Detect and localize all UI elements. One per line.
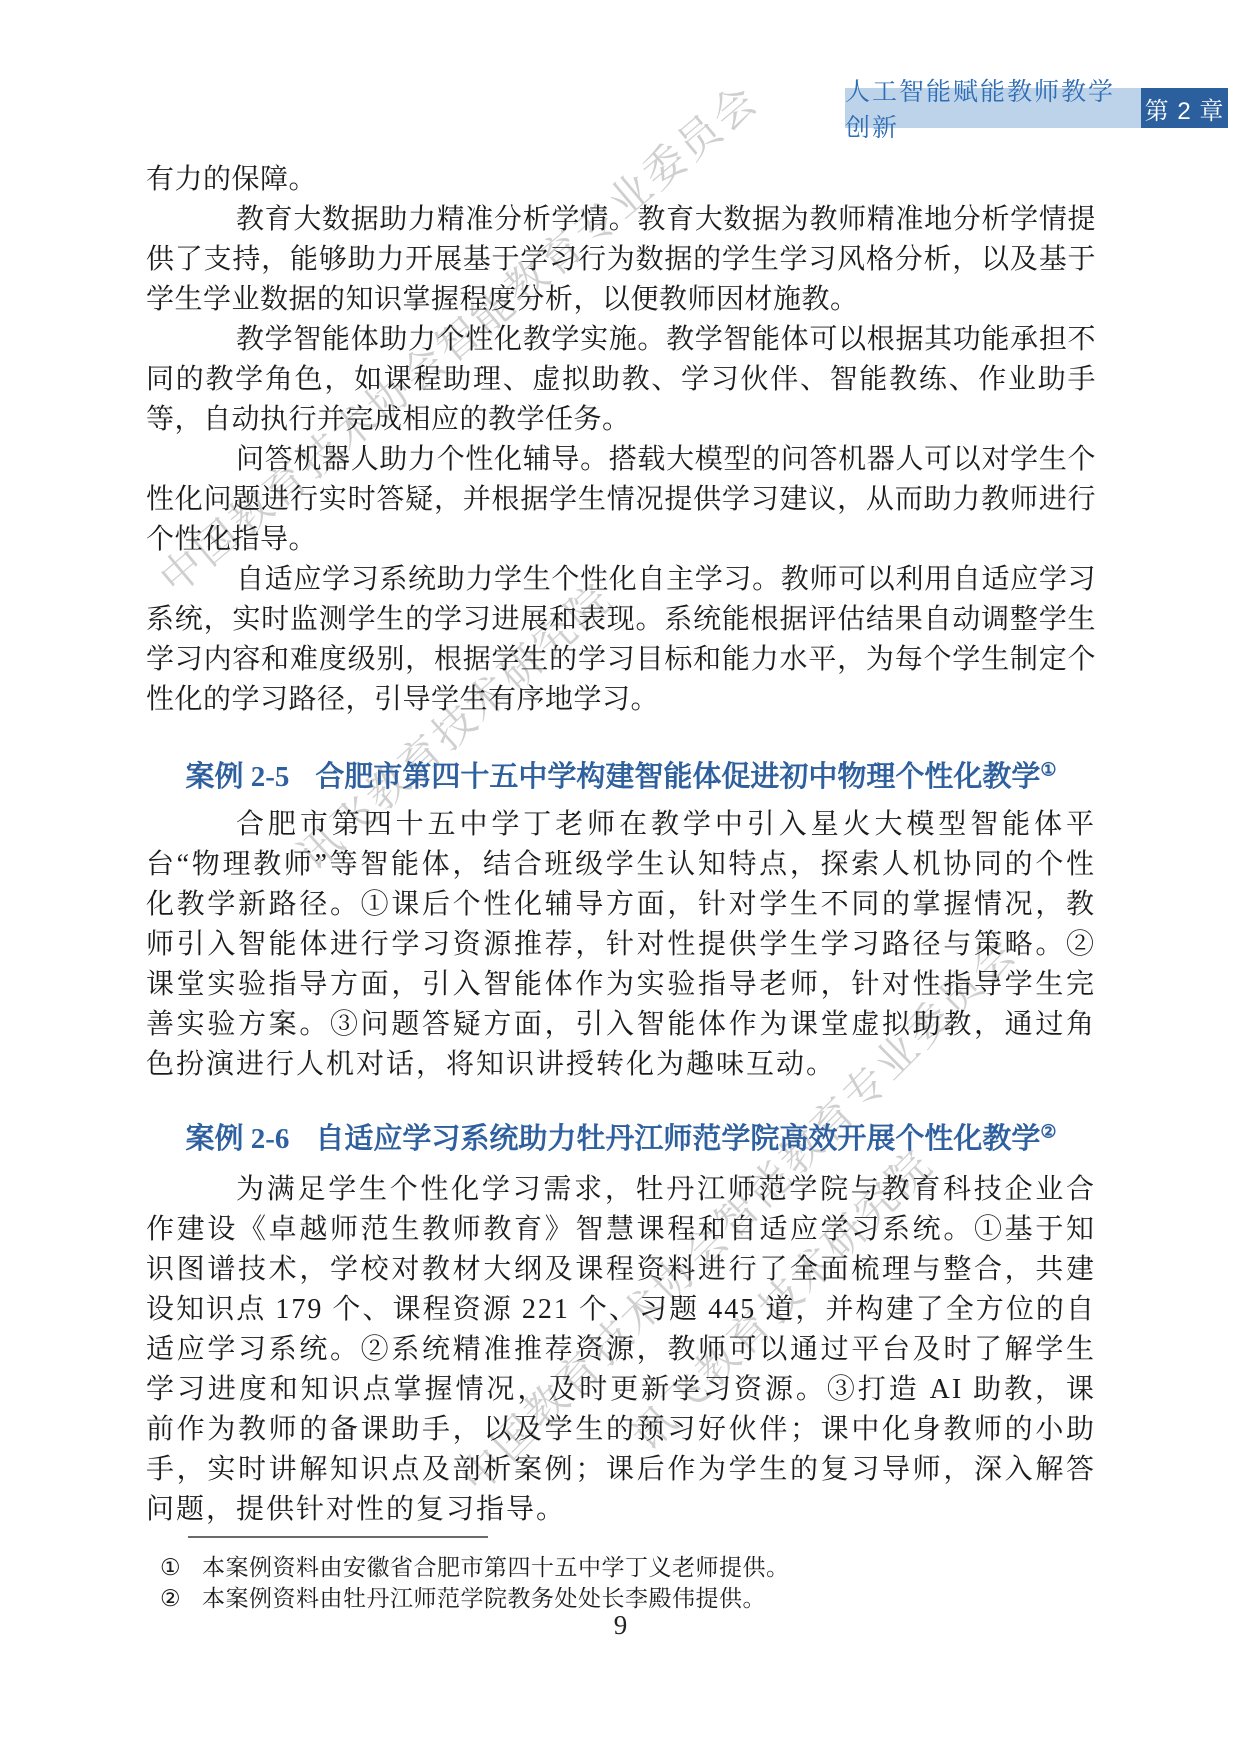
case-2-6-title: 自适应学习系统助力牡丹江师范学院高效开展个性化教学 [315,1123,1040,1155]
case-2-6-body: 为满足学生个性化学习需求，牡丹江师范学院与教育科技企业合作建设《卓越师范生教师教… [146,1170,1096,1530]
document-page: 中国教育技术协会智能教育专业委员会 讯飞教育技术研究院 中国教育技术协会智能教育… [0,0,1241,1754]
footnote-1-text: 本案例资料由安徽省合肥市第四十五中学丁义老师提供。 [202,1552,790,1583]
paragraph: 自适应学习系统助力学生个性化自主学习。教师可以利用自适应学习系统，实时监测学生的… [146,560,1096,720]
case-2-5-label: 案例 2-5 [185,761,289,793]
case-2-6-label: 案例 2-6 [185,1123,289,1155]
case-2-5-footnote-ref: ① [1040,759,1056,779]
footnote-area: ① 本案例资料由安徽省合肥市第四十五中学丁义老师提供。 ② 本案例资料由牡丹江师… [146,1536,1096,1614]
footnote-separator [188,1536,488,1538]
header-chapter-band: 第 2 章 [1141,88,1228,128]
page-number: 9 [0,1610,1241,1641]
header-title: 人工智能赋能教师教学创新 [845,72,1141,144]
header-chapter-label: 第 2 章 [1145,91,1225,126]
footnote-1: ① 本案例资料由安徽省合肥市第四十五中学丁义老师提供。 [160,1552,1096,1583]
case-2-5-title: 合肥市第四十五中学构建智能体促进初中物理个性化教学 [315,761,1040,793]
paragraph: 问答机器人助力个性化辅导。搭载大模型的问答机器人可以对学生个性化问题进行实时答疑… [146,440,1096,560]
header-title-band: 人工智能赋能教师教学创新 [845,88,1141,128]
case-2-6-footnote-ref: ② [1040,1121,1056,1141]
footnote-1-marker: ① [160,1552,202,1583]
text-block: 有力的保障。 教育大数据助力精准分析学情。教育大数据为教师精准地分析学情提供了支… [146,160,1096,1530]
case-2-5-body: 合肥市第四十五中学丁老师在教学中引入星火大模型智能体平台“物理教师”等智能体，结… [146,805,1096,1085]
case-2-6-heading: 案例 2-6自适应学习系统助力牡丹江师范学院高效开展个性化教学② [146,1117,1096,1161]
case-2-5-heading: 案例 2-5合肥市第四十五中学构建智能体促进初中物理个性化教学① [146,755,1096,799]
paragraph: 教育大数据助力精准分析学情。教育大数据为教师精准地分析学情提供了支持，能够助力开… [146,200,1096,320]
paragraph: 教学智能体助力个性化教学实施。教学智能体可以根据其功能承担不同的教学角色，如课程… [146,320,1096,440]
paragraph: 有力的保障。 [146,160,1096,200]
